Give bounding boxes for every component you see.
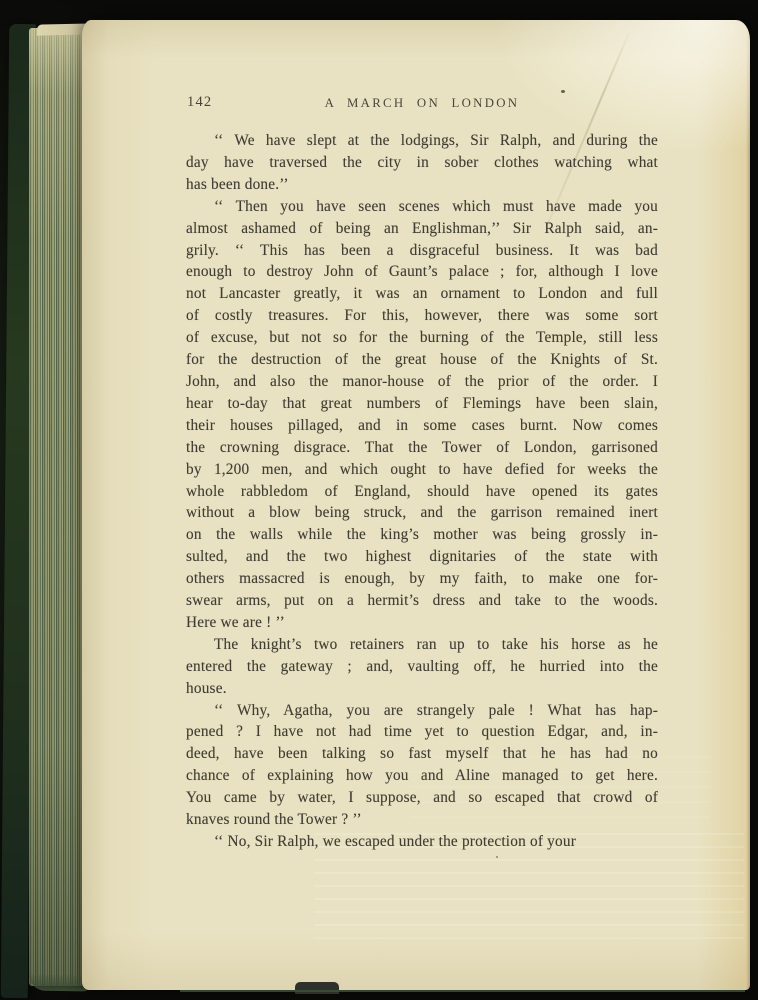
book-page-edges <box>29 28 85 986</box>
text-line: ‘‘ Why, Agatha, you are strangely pale !… <box>186 700 658 722</box>
text-line: ‘‘ We have slept at the lodgings, Sir Ra… <box>186 130 658 152</box>
text-line: pened ? I have not had time yet to quest… <box>186 721 658 743</box>
text-line: almost ashamed of being an Englishman,’’… <box>186 218 658 240</box>
text-line: of costly treasures. For this, however, … <box>186 305 658 327</box>
text-line: house. <box>186 678 658 700</box>
text-line: grily. ‘‘ This has been a disgraceful bu… <box>186 240 658 262</box>
text-line: not Lancaster greatly, it was an ornamen… <box>186 283 658 305</box>
text-line: others massacred is enough, by my faith,… <box>186 568 658 590</box>
text-line: entered the gateway ; and, vaulting off,… <box>186 656 658 678</box>
text-line: for the destruction of the great house o… <box>186 349 658 371</box>
ink-speck <box>496 856 498 858</box>
text-line: chance of explaining how you and Aline m… <box>186 765 658 787</box>
text-line: enough to destroy John of Gaunt’s palace… <box>186 261 658 283</box>
text-line: John, and also the manor-house of the pr… <box>186 371 658 393</box>
ink-speck <box>561 90 565 93</box>
text-line: their houses pillaged, and in some cases… <box>186 415 658 437</box>
text-line: has been done.’’ <box>186 174 658 196</box>
text-line: day have traversed the city in sober clo… <box>186 152 658 174</box>
page-bottom-tab <box>295 982 339 994</box>
text-line: You came by water, I suppose, and so esc… <box>186 787 658 809</box>
text-line: knaves round the Tower ? ’’ <box>186 809 658 831</box>
cover-edge-line <box>180 990 745 992</box>
text-line: deed, have been talking so fast myself t… <box>186 743 658 765</box>
photo-background: 142 A MARCH ON LONDON ‘‘ We have slept a… <box>0 0 758 1000</box>
text-line: without a blow being struck, and the gar… <box>186 502 658 524</box>
text-line: hear to-day that great numbers of Flemin… <box>186 393 658 415</box>
text-line: on the walls while the king’s mother was… <box>186 524 658 546</box>
text-line: sulted, and the two highest dignitaries … <box>186 546 658 568</box>
text-line: whole rabbledom of England, should have … <box>186 481 658 503</box>
text-line: of excuse, but not so for the burning of… <box>186 327 658 349</box>
text-line: Here we are ! ’’ <box>186 612 658 634</box>
text-line: the crowning disgrace. That the Tower of… <box>186 437 658 459</box>
page-header: 142 A MARCH ON LONDON <box>186 94 658 112</box>
text-line: The knight’s two retainers ran up to tak… <box>186 634 658 656</box>
text-line: swear arms, put on a hermit’s dress and … <box>186 590 658 612</box>
running-title: A MARCH ON LONDON <box>186 96 658 111</box>
text-line: ‘‘ No, Sir Ralph, we escaped under the p… <box>186 831 658 853</box>
text-line: ‘‘ Then you have seen scenes which must … <box>186 196 658 218</box>
book-page: 142 A MARCH ON LONDON ‘‘ We have slept a… <box>82 20 750 990</box>
text-line: by 1,200 men, and which ought to have de… <box>186 459 658 481</box>
page-text: ‘‘ We have slept at the lodgings, Sir Ra… <box>186 130 658 853</box>
